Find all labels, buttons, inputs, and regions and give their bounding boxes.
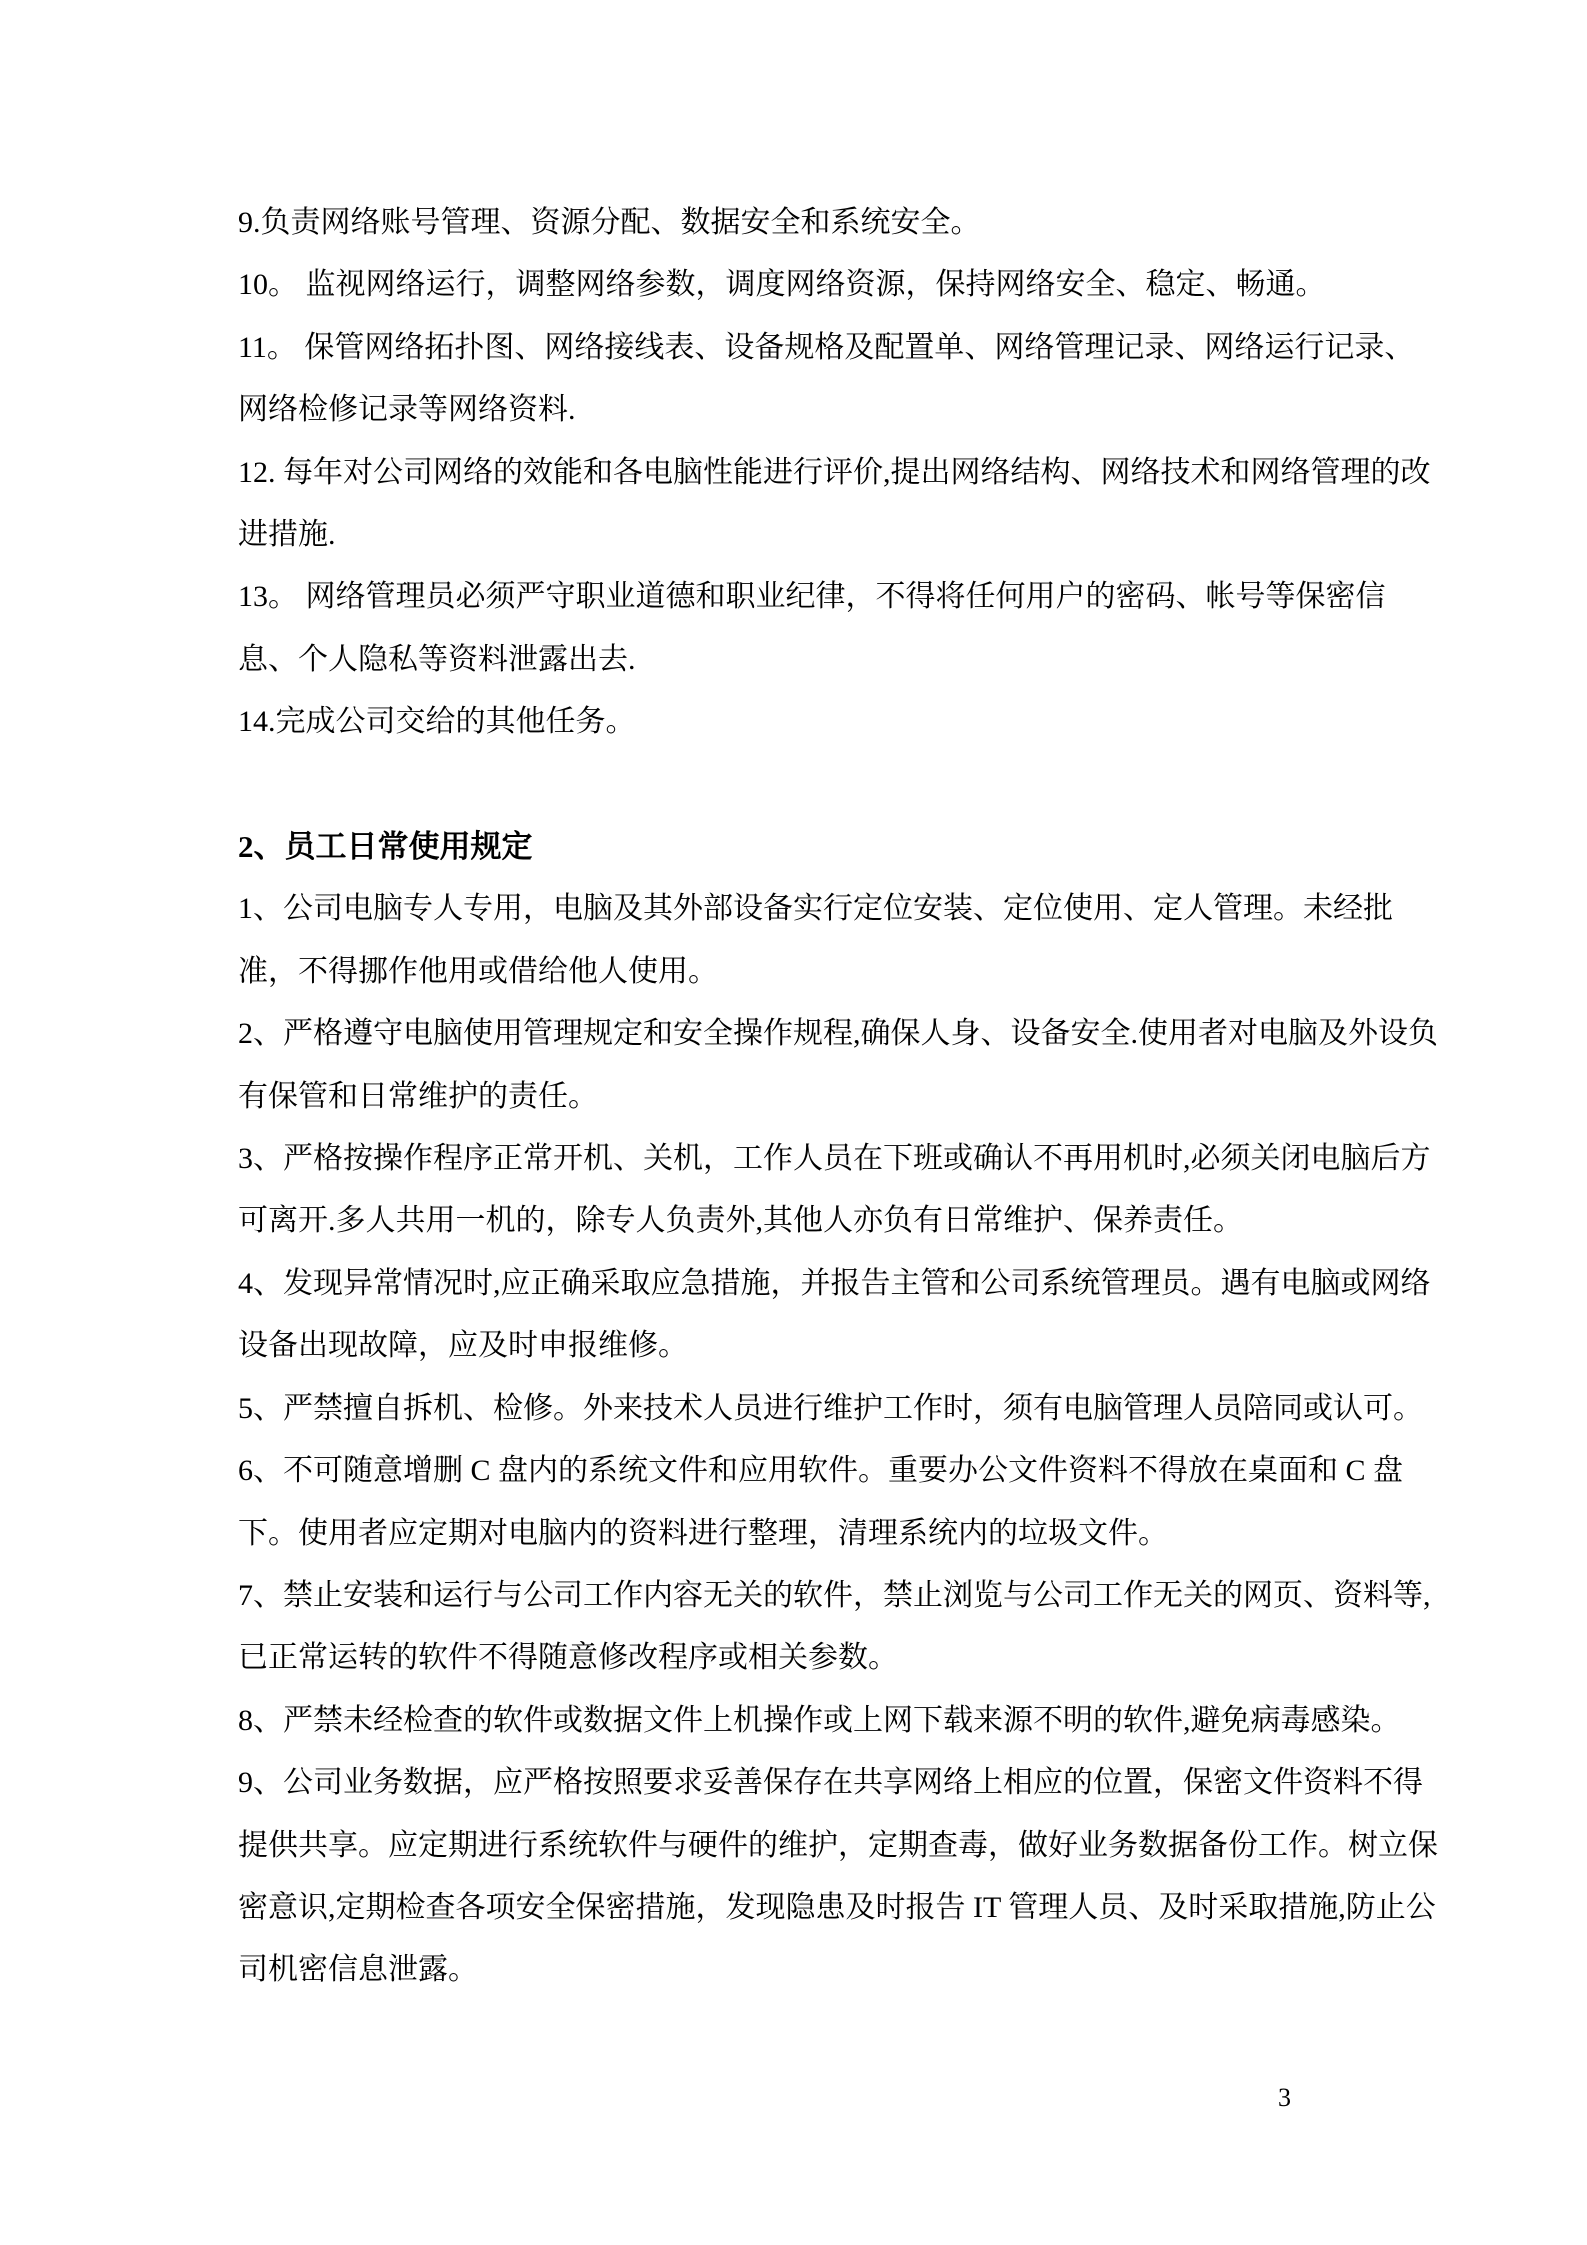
rule-item-13: 13。 网络管理员必须严守职业道德和职业纪律，不得将任何用户的密码、帐号等保密信…: [238, 566, 1443, 691]
blank-line: [238, 754, 1443, 816]
usage-rule-6: 6、不可随意增删 C 盘内的系统文件和应用软件。重要办公文件资料不得放在桌面和 …: [238, 1440, 1443, 1565]
page-number: 3: [1278, 2080, 1291, 2116]
document-page: 9.负责网络账号管理、资源分配、数据安全和系统安全。 10。 监视网络运行，调整…: [0, 0, 1587, 2245]
rule-item-9: 9.负责网络账号管理、资源分配、数据安全和系统安全。: [238, 192, 1443, 254]
rule-item-12: 12. 每年对公司网络的效能和各电脑性能进行评价,提出网络结构、网络技术和网络管…: [238, 442, 1443, 567]
rule-item-14: 14.完成公司交给的其他任务。: [238, 691, 1443, 753]
usage-rule-7: 7、禁止安装和运行与公司工作内容无关的软件，禁止浏览与公司工作无关的网页、资料等…: [238, 1565, 1443, 1690]
usage-rule-9: 9、公司业务数据，应严格按照要求妥善保存在共享网络上相应的位置，保密文件资料不得…: [238, 1752, 1443, 2002]
rule-item-10: 10。 监视网络运行，调整网络参数，调度网络资源，保持网络安全、稳定、畅通。: [238, 254, 1443, 316]
usage-rule-5: 5、严禁擅自拆机、检修。外来技术人员进行维护工作时，须有电脑管理人员陪同或认可。: [238, 1378, 1443, 1440]
usage-rule-3: 3、严格按操作程序正常开机、关机，工作人员在下班或确认不再用机时,必须关闭电脑后…: [238, 1128, 1443, 1253]
usage-rule-4: 4、发现异常情况时,应正确采取应急措施，并报告主管和公司系统管理员。遇有电脑或网…: [238, 1253, 1443, 1378]
usage-rule-8: 8、严禁未经检查的软件或数据文件上机操作或上网下载来源不明的软件,避免病毒感染。: [238, 1690, 1443, 1752]
rule-item-11: 11。 保管网络拓扑图、网络接线表、设备规格及配置单、网络管理记录、网络运行记录…: [238, 317, 1443, 442]
document-body: 9.负责网络账号管理、资源分配、数据安全和系统安全。 10。 监视网络运行，调整…: [238, 192, 1443, 2002]
usage-rule-2: 2、严格遵守电脑使用管理规定和安全操作规程,确保人身、设备安全.使用者对电脑及外…: [238, 1003, 1443, 1128]
section-2-heading: 2、员工日常使用规定: [238, 816, 1443, 878]
usage-rule-1: 1、公司电脑专人专用，电脑及其外部设备实行定位安装、定位使用、定人管理。未经批准…: [238, 878, 1443, 1003]
